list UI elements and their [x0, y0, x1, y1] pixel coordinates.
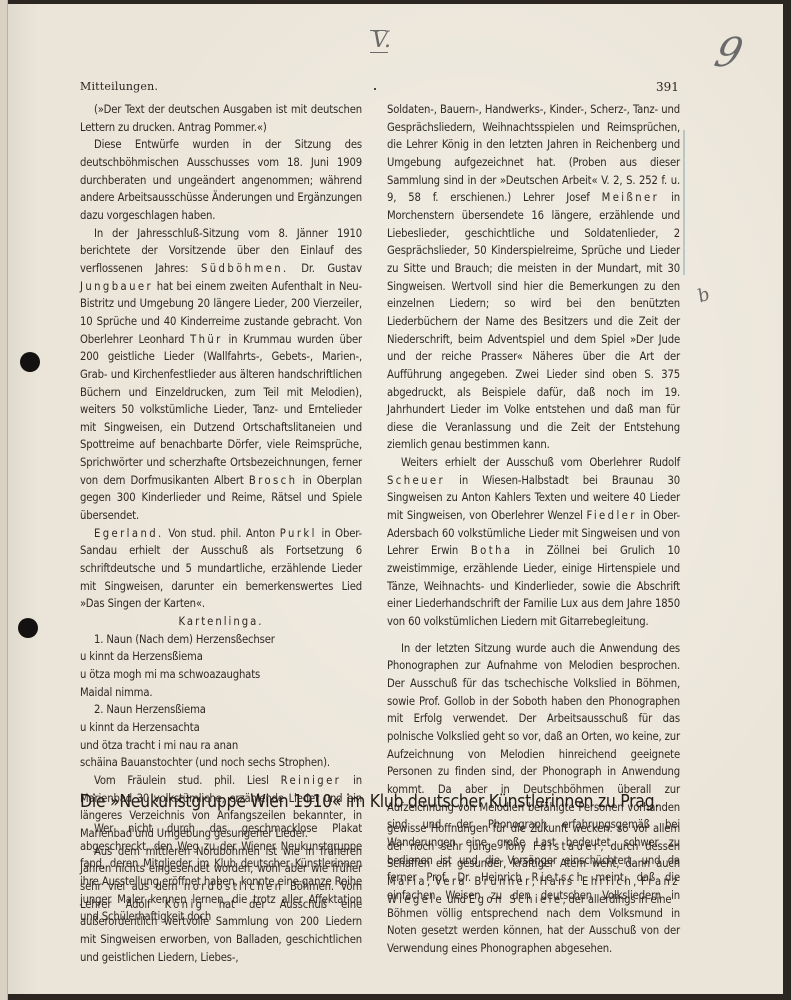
person-name: Hans Ehrlich	[540, 875, 634, 888]
person-name: Purkl	[280, 527, 317, 540]
running-head: Mitteilungen.	[80, 80, 158, 93]
person-name: Meißner	[602, 191, 660, 204]
verse-line: Maidal nimma.	[80, 684, 362, 702]
binder-hole-bottom	[18, 618, 38, 638]
paragraph-gap	[387, 631, 680, 640]
verse-line: u kinnt da Herzensachta	[80, 719, 362, 737]
paragraph: Wer nicht durch das geschmacklose Plakat…	[80, 820, 362, 926]
person-name: Jungbauer	[80, 280, 153, 293]
page-number: 391	[656, 80, 679, 94]
verse-line: u ötza mogh mi ma schwoazaughats	[80, 666, 362, 684]
verse-line: schäina Bauanstochter (und noch sechs St…	[80, 754, 362, 772]
paragraph: Soldaten-, Bauern-, Handwerks-, Kinder-,…	[387, 101, 680, 454]
person-name: Egon Schiele	[469, 893, 563, 906]
verse-line: und ötza tracht i mi nau ra anan	[80, 737, 362, 755]
person-name: Fiedler	[586, 509, 636, 522]
paragraph: Diese Entwürfe wurden in der Sitzung des…	[80, 136, 362, 224]
person-name: Botha	[471, 544, 513, 557]
person-name: Scheuer	[387, 474, 445, 487]
person-name: Vera Brunner	[435, 875, 532, 888]
region-name: Egerland.	[94, 527, 164, 540]
paragraph: (»Der Text der deutschen Ausgaben ist mi…	[80, 101, 362, 136]
person-name: Maria	[387, 875, 427, 888]
person-name: Reiniger	[281, 774, 342, 787]
person-name: Faistauer	[533, 840, 600, 853]
binder-hole-top	[20, 352, 40, 372]
article-title: Die »Neukunstgruppe Wien 1910« im Klub d…	[80, 792, 680, 812]
book-spine-edge	[0, 0, 8, 1000]
pencil-margin-line	[683, 130, 685, 275]
paragraph: gewisse Hoffnungen für die Zukunft wecke…	[387, 820, 680, 908]
section2-left-column: Wer nicht durch das geschmacklose Plakat…	[80, 820, 362, 926]
section2-right-column: gewisse Hoffnungen für die Zukunft wecke…	[387, 820, 680, 908]
verse-line: 2. Naun Herzensßiema	[80, 701, 362, 719]
verse-title: Kartenlinga.	[80, 613, 362, 631]
person-name: Thür	[190, 333, 223, 346]
verse-line: u kinnt da Herzensßiema	[80, 648, 362, 666]
paragraph: In der Jahresschluß-Sitzung vom 8. Jänne…	[80, 225, 362, 525]
ink-dot	[374, 88, 376, 90]
region-name: Südböhmen.	[201, 262, 289, 275]
person-name: Brosch	[249, 474, 298, 487]
paragraph: Weiters erhielt der Ausschuß vom Oberleh…	[387, 454, 680, 631]
handwritten-roman-numeral: V.	[372, 28, 391, 53]
verse-line: 1. Naun (Nach dem) Herzensßechser	[80, 631, 362, 649]
paragraph: Egerland. Von stud. phil. Anton Purkl in…	[80, 525, 362, 613]
